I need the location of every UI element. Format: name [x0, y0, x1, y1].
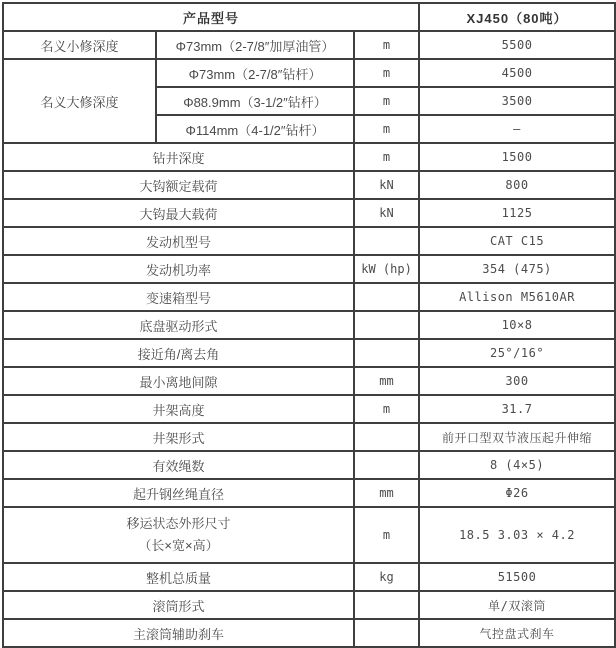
model-value-header-cell: XJ450（80吨） [419, 3, 615, 31]
row-label-cell: 整机总质量 [3, 563, 354, 591]
row-label-cell: 发动机型号 [3, 227, 354, 255]
spec-row: 移运状态外形尺寸（长×宽×高）m18.5 3.03 × 4.2 [3, 507, 615, 563]
row-label-cell: 井架高度 [3, 395, 354, 423]
row-label-cell: 钻井深度 [3, 143, 354, 171]
spec-row: 底盘驱动形式10×8 [3, 311, 615, 339]
unit-cell: kN [354, 199, 419, 227]
value-cell: 25°/16° [419, 339, 615, 367]
unit-cell [354, 339, 419, 367]
unit-cell: kN [354, 171, 419, 199]
unit-cell: m [354, 115, 419, 143]
row-label-cell: 起升钢丝绳直径 [3, 479, 354, 507]
unit-cell [354, 311, 419, 339]
spec-row: 最小离地间隙mm300 [3, 367, 615, 395]
unit-cell [354, 423, 419, 451]
row-label-cell: 变速箱型号 [3, 283, 354, 311]
row-label-cell: 移运状态外形尺寸（长×宽×高） [3, 507, 354, 563]
value-cell: 300 [419, 367, 615, 395]
spec-row: 变速箱型号Allison M5610AR [3, 283, 615, 311]
spec-row: 主滚筒辅助刹车气控盘式刹车 [3, 619, 615, 647]
value-cell: 前开口型双节液压起升伸缩 [419, 423, 615, 451]
spec-row: 名义小修深度Φ73mm（2-7/8″加厚油管）m5500 [3, 31, 615, 59]
row-label-cell: 主滚筒辅助刹车 [3, 619, 354, 647]
spec-row: 有效绳数8 (4×5) [3, 451, 615, 479]
row-label-cell: 名义大修深度 [3, 59, 156, 143]
row-label-line1: 移运状态外形尺寸 [8, 513, 349, 535]
row-label-cell: 滚筒形式 [3, 591, 354, 619]
value-cell: 18.5 3.03 × 4.2 [419, 507, 615, 563]
unit-cell [354, 451, 419, 479]
row-label-cell: 发动机功率 [3, 255, 354, 283]
row-label-cell: 大钩额定载荷 [3, 171, 354, 199]
row-label-cell: 接近角/离去角 [3, 339, 354, 367]
value-cell: 10×8 [419, 311, 615, 339]
value-cell: CAT C15 [419, 227, 615, 255]
row-label-cell: 井架形式 [3, 423, 354, 451]
spec-cell: Φ73mm（2-7/8″加厚油管） [156, 31, 354, 59]
spec-row: 大钩额定载荷kN800 [3, 171, 615, 199]
row-label-cell: 大钩最大载荷 [3, 199, 354, 227]
unit-cell: mm [354, 367, 419, 395]
product-spec-table: 产品型号 XJ450（80吨） 名义小修深度Φ73mm（2-7/8″加厚油管）m… [2, 2, 616, 648]
value-cell: 3500 [419, 87, 615, 115]
unit-cell: mm [354, 479, 419, 507]
unit-cell [354, 283, 419, 311]
row-label-cell: 最小离地间隙 [3, 367, 354, 395]
value-cell: 4500 [419, 59, 615, 87]
spec-row: 井架形式前开口型双节液压起升伸缩 [3, 423, 615, 451]
unit-cell: kW (hp) [354, 255, 419, 283]
header-row: 产品型号 XJ450（80吨） [3, 3, 615, 31]
spec-row: 发动机功率kW (hp)354 (475) [3, 255, 615, 283]
spec-row: 发动机型号CAT C15 [3, 227, 615, 255]
spec-cell: Φ88.9mm（3-1/2″钻杆） [156, 87, 354, 115]
unit-cell [354, 591, 419, 619]
spec-table-body: 名义小修深度Φ73mm（2-7/8″加厚油管）m5500名义大修深度Φ73mm（… [3, 31, 615, 647]
value-cell: 单/双滚筒 [419, 591, 615, 619]
spec-row: 整机总质量kg51500 [3, 563, 615, 591]
unit-cell: m [354, 143, 419, 171]
value-cell: – [419, 115, 615, 143]
unit-cell: m [354, 395, 419, 423]
unit-cell: m [354, 87, 419, 115]
value-cell: Φ26 [419, 479, 615, 507]
value-cell: 51500 [419, 563, 615, 591]
product-model-header-cell: 产品型号 [3, 3, 419, 31]
unit-cell: m [354, 31, 419, 59]
value-cell: 1125 [419, 199, 615, 227]
spec-row: 大钩最大载荷kN1125 [3, 199, 615, 227]
row-label-cell: 有效绳数 [3, 451, 354, 479]
spec-cell: Φ73mm（2-7/8″钻杆） [156, 59, 354, 87]
value-cell: 1500 [419, 143, 615, 171]
spec-row: 井架高度m31.7 [3, 395, 615, 423]
unit-cell [354, 619, 419, 647]
value-cell: 354 (475) [419, 255, 615, 283]
unit-cell: m [354, 59, 419, 87]
row-label-line2: （长×宽×高） [8, 535, 349, 557]
spec-page: 产品型号 XJ450（80吨） 名义小修深度Φ73mm（2-7/8″加厚油管）m… [0, 0, 616, 645]
row-label-cell: 名义小修深度 [3, 31, 156, 59]
unit-cell [354, 227, 419, 255]
value-cell: 气控盘式刹车 [419, 619, 615, 647]
unit-cell: m [354, 507, 419, 563]
value-cell: 5500 [419, 31, 615, 59]
value-cell: 800 [419, 171, 615, 199]
spec-cell: Φ114mm（4-1/2″钻杆） [156, 115, 354, 143]
spec-row: 名义大修深度Φ73mm（2-7/8″钻杆）m4500 [3, 59, 615, 87]
value-cell: 8 (4×5) [419, 451, 615, 479]
row-label-cell: 底盘驱动形式 [3, 311, 354, 339]
spec-row: 滚筒形式单/双滚筒 [3, 591, 615, 619]
value-cell: Allison M5610AR [419, 283, 615, 311]
value-cell: 31.7 [419, 395, 615, 423]
spec-row: 钻井深度m1500 [3, 143, 615, 171]
unit-cell: kg [354, 563, 419, 591]
spec-row: 起升钢丝绳直径mmΦ26 [3, 479, 615, 507]
spec-row: 接近角/离去角25°/16° [3, 339, 615, 367]
